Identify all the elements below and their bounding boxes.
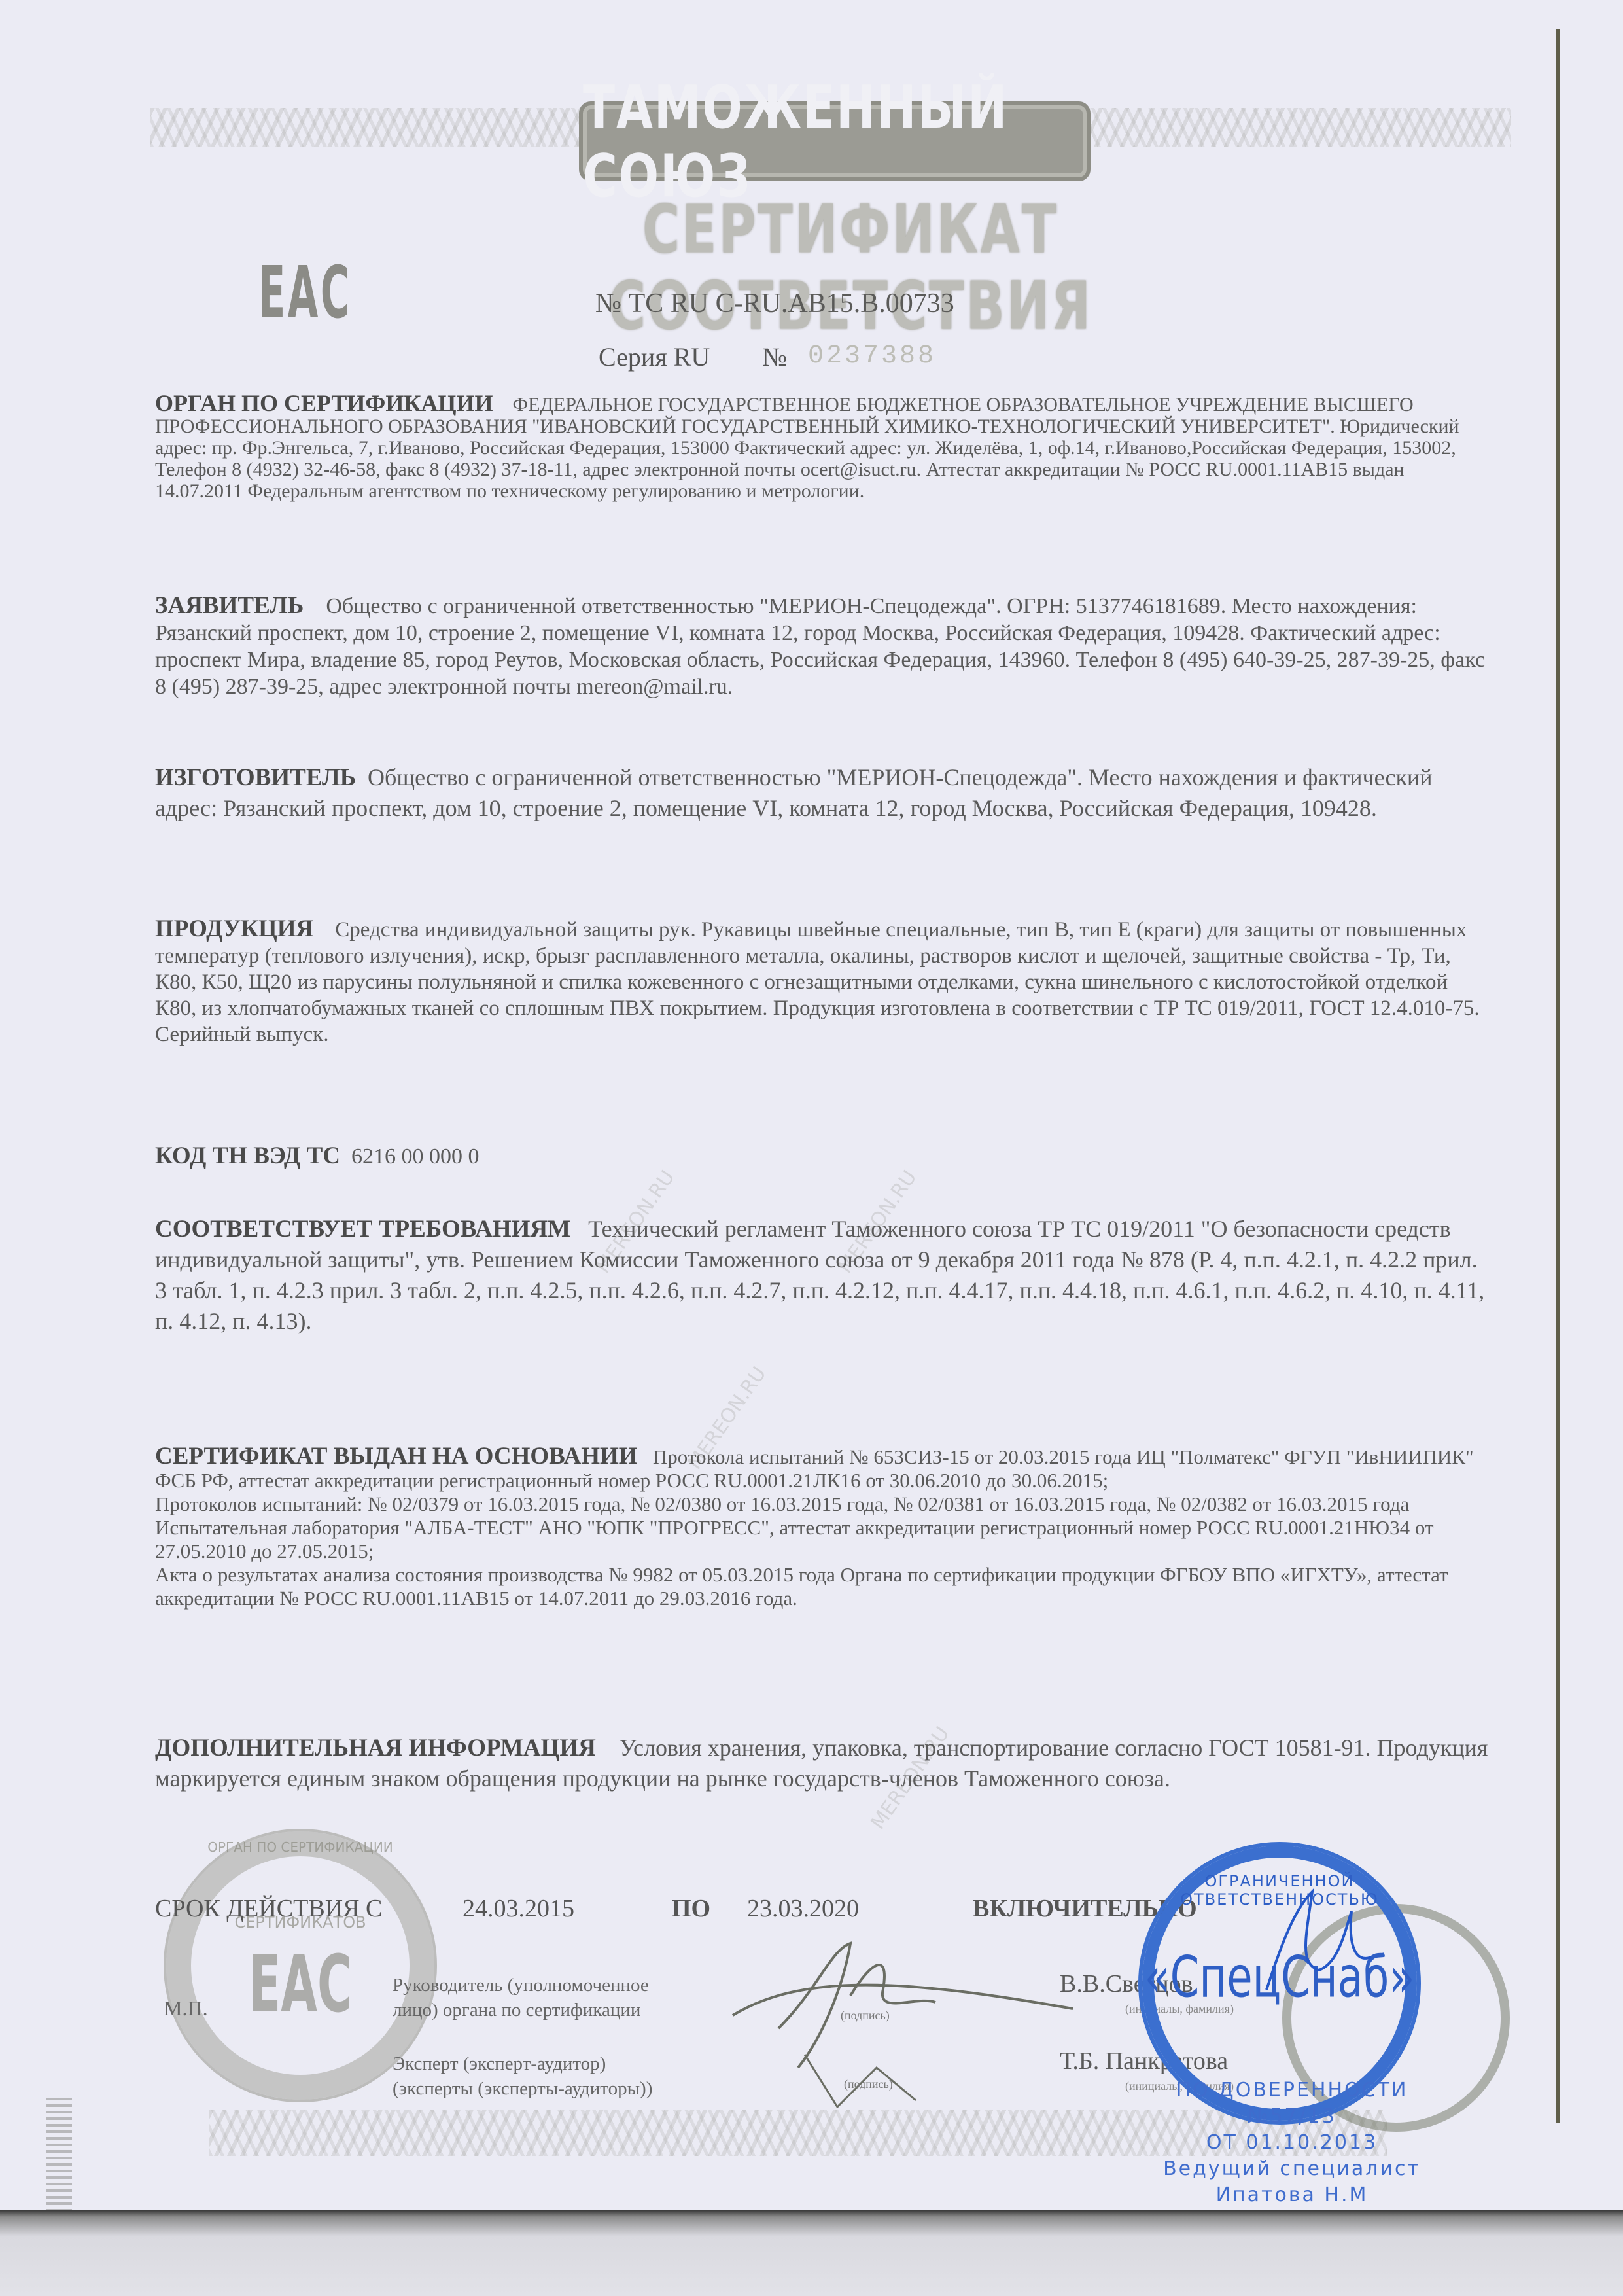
section-additional-info: ДОПОЛНИТЕЛЬНАЯ ИНФОРМАЦИЯ Условия хранен… — [155, 1733, 1493, 1794]
customs-union-title: ТАМОЖЕННЫЙ СОЮЗ — [583, 73, 1087, 210]
copy-certification-stamp: ПО ДОВЕРЕННОСТИ №57/13 ОТ 01.10.2013 Вед… — [1155, 2077, 1429, 2208]
serial-number: 0237388 — [808, 342, 936, 372]
validity-to-date: 23.03.2020 — [747, 1894, 859, 1923]
validity-label: СРОК ДЕЙСТВИЯ С — [155, 1894, 382, 1923]
section-label: ДОПОЛНИТЕЛЬНАЯ ИНФОРМАЦИЯ — [155, 1735, 596, 1761]
head-signature-caption: (подпись) — [841, 2009, 890, 2022]
series-line: Серия RU № 0237388 — [599, 342, 936, 372]
scan-edge-shadow — [0, 2210, 1623, 2296]
section-applicant: ЗАЯВИТЕЛЬ Общество с ограниченной ответс… — [155, 592, 1493, 700]
certificate-page: ТАМОЖЕННЫЙ СОЮЗ СЕРТИФИКАТ СООТВЕТСТВИЯ … — [0, 0, 1623, 2212]
section-label: ОРГАН ПО СЕРТИФИКАЦИИ — [155, 390, 493, 416]
section-conformity: СООТВЕТСТВУЕТ ТРЕБОВАНИЯМ Технический ре… — [155, 1214, 1493, 1337]
section-text: Общество с ограниченной ответственностью… — [155, 594, 1485, 699]
basis-paragraph: Акта о результатах анализа состояния про… — [155, 1563, 1448, 1610]
mp-label: М.П. — [164, 1996, 208, 2021]
customs-union-banner: ТАМОЖЕННЫЙ СОЮЗ — [579, 101, 1091, 181]
section-label: СООТВЕТСТВУЕТ ТРЕБОВАНИЯМ — [155, 1216, 570, 1243]
seal-ring-text: ОРГАН ПО СЕРТИФИКАЦИИ — [166, 1839, 434, 1855]
section-manufacturer: ИЗГОТОВИТЕЛЬ Общество с ограниченной отв… — [155, 762, 1493, 824]
section-issued-basis: СЕРТИФИКАТ ВЫДАН НА ОСНОВАНИИ Протокола … — [155, 1445, 1493, 1610]
eac-logo-icon: ЕАС — [258, 252, 337, 334]
frame-line-right — [1556, 29, 1560, 2123]
basis-paragraph: Протоколов испытаний: № 02/0379 от 16.03… — [155, 1492, 1434, 1563]
section-label: ЗАЯВИТЕЛЬ — [155, 592, 304, 619]
expert-signer-label: Эксперт (эксперт-аудитор) (эксперты (экс… — [393, 2051, 652, 2101]
validity-from-date: 24.03.2015 — [462, 1894, 574, 1923]
certificate-title: СЕРТИФИКАТ СООТВЕТСТВИЯ — [484, 192, 1217, 345]
seal-eac-logo-icon: ЕАС — [220, 1939, 381, 2030]
section-product: ПРОДУКЦИЯ Средства индивидуальной защиты… — [155, 916, 1493, 1048]
section-label: ПРОДУКЦИЯ — [155, 915, 313, 942]
head-signer-label: Руководитель (уполномоченное лицо) орган… — [393, 1973, 649, 2022]
seal-signature-icon — [1240, 1885, 1384, 2003]
section-text: Средства индивидуальной защиты рук. Рука… — [155, 918, 1480, 1046]
ornament-border-left — [46, 2094, 72, 2212]
section-label: КОД ТН ВЭД ТС — [155, 1142, 340, 1169]
section-tn-ved-code: КОД ТН ВЭД ТС 6216 00 000 0 — [155, 1142, 1493, 1171]
tn-ved-code-value: 6216 00 000 0 — [351, 1144, 480, 1169]
section-certification-body: ОРГАН ПО СЕРТИФИКАЦИИ ФЕДЕРАЛЬНОЕ ГОСУДА… — [155, 393, 1493, 502]
series-label: Серия RU — [599, 342, 762, 372]
number-sign: № — [762, 342, 808, 372]
signature-head-icon — [720, 1937, 1086, 2120]
expert-signature-caption: (подпись) — [844, 2077, 893, 2091]
certificate-number: № ТС RU C-RU.АВ15.В.00733 — [595, 288, 954, 319]
section-label: ИЗГОТОВИТЕЛЬ — [155, 764, 356, 791]
section-label: СЕРТИФИКАТ ВЫДАН НА ОСНОВАНИИ — [155, 1443, 638, 1470]
validity-to-label: ПО — [672, 1894, 710, 1923]
